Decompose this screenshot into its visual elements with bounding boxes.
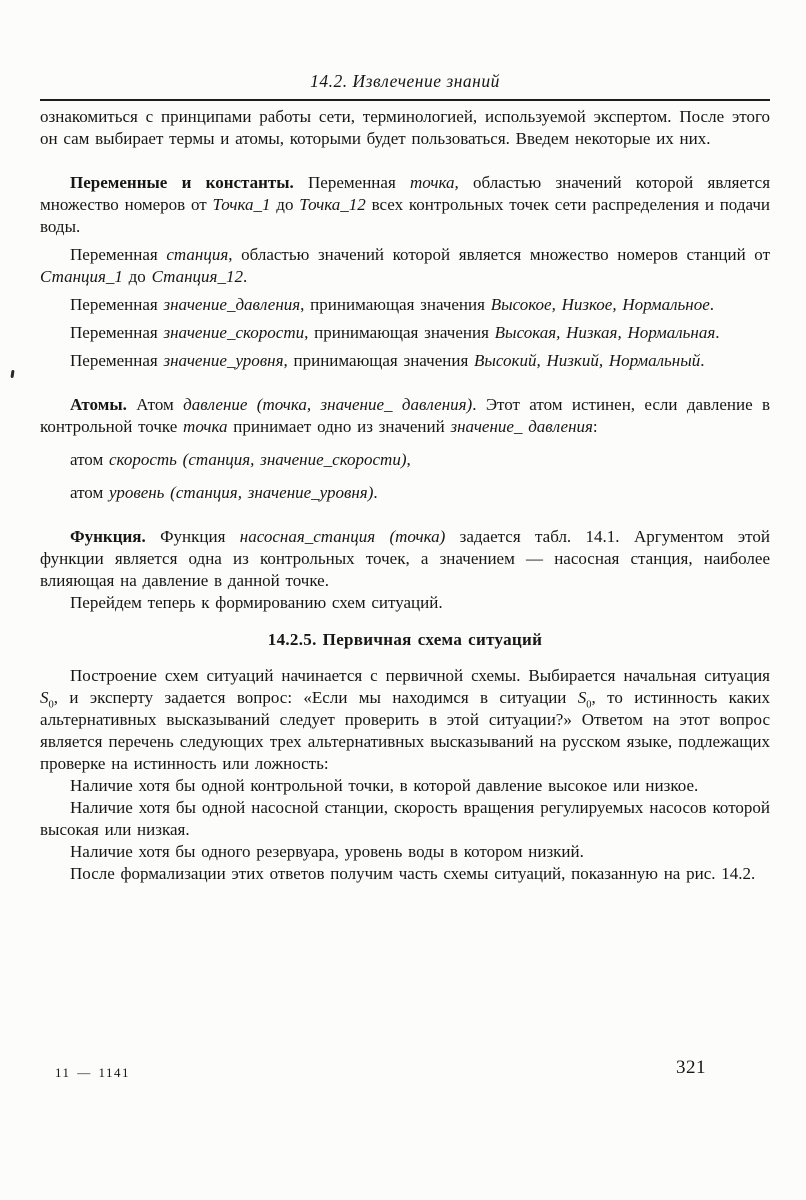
paragraph: Наличие хотя бы одной насосной станции, … [40,797,770,841]
paragraph: Перейдем теперь к формированию схем ситу… [40,592,770,614]
running-header: 14.2. Извлечение знаний [40,70,770,101]
book-page: 14.2. Извлечение знаний ознакомиться с п… [0,0,806,1200]
scan-speck-artifact [10,370,14,378]
paragraph: Наличие хотя бы одной контрольной точки,… [40,775,770,797]
paragraph: Атомы. Атом давление (точка, значение_ д… [40,394,770,438]
paragraph: ознакомиться с принципами работы сети, т… [40,106,770,150]
paragraph: Переменная значение_давления, принимающа… [40,294,770,316]
paragraph: атом уровень (станция, значение_уровня). [40,482,770,504]
paragraph: Переменные и константы. Переменная точка… [40,172,770,238]
paragraph: Переменная значение_уровня, принимающая … [40,350,770,372]
paragraph: Функция. Функция насосная_станция (точка… [40,526,770,592]
page-number: 321 [676,1057,706,1079]
paragraph: Наличие хотя бы одного резервуара, урове… [40,841,770,863]
section-heading: 14.2.5. Первичная схема ситуаций [40,629,770,651]
paragraph: Переменная станция, областью значений ко… [40,244,770,288]
paragraph: После формализации этих ответов получим … [40,863,770,885]
paragraph: атом скорость (станция, значение_скорост… [40,449,770,471]
paragraph: Построение схем ситуаций начинается с пе… [40,665,770,775]
text-blocks: ознакомиться с принципами работы сети, т… [40,106,770,885]
printers-mark: 11 — 1141 [55,1062,130,1084]
page-content: 14.2. Извлечение знаний ознакомиться с п… [40,70,770,885]
paragraph: Переменная значение_скорости, принимающа… [40,322,770,344]
